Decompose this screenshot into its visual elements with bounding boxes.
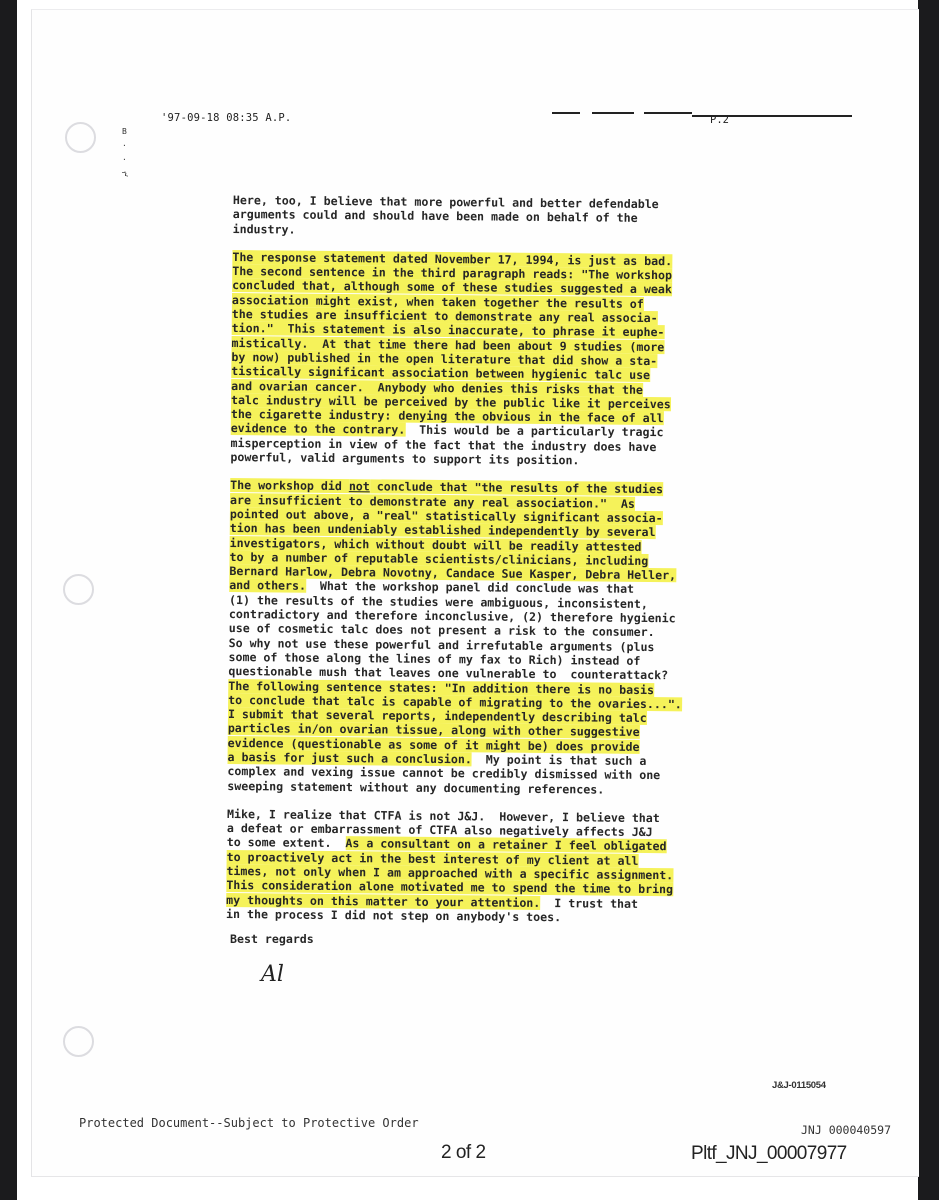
punch-hole-bottom [63, 1026, 94, 1057]
margin-marks: B··ኂ [122, 125, 128, 181]
highlighted-text: The workshop did [230, 478, 349, 493]
document-page: B··ኂ '97-09-18 08:35 A.P. P.2 Here, too,… [17, 0, 918, 1200]
text-segment: industry. [233, 222, 296, 237]
text-segment: sweeping statement without any documenti… [227, 779, 604, 797]
jnj-bates-number: JNJ 000040597 [801, 1123, 891, 1137]
punch-hole-top [65, 122, 96, 153]
protective-order-notice: Protected Document--Subject to Protectiv… [79, 1116, 419, 1130]
text-segment: in the process I did not step on anybody… [226, 907, 561, 924]
paragraph: Mike, I realize that CTFA is not J&J. Ho… [226, 807, 827, 927]
fax-page-number: P.2 [710, 114, 729, 126]
highlighted-text: evidence to the contrary. [231, 421, 406, 437]
highlighted-text: and others. [229, 578, 306, 593]
signature: Al [261, 962, 284, 987]
text-segment: to some extent. [227, 835, 346, 850]
closing-line: Best regards [230, 932, 314, 946]
page-count: 2 of 2 [441, 1142, 486, 1164]
paragraph: Here, too, I believe that more powerful … [233, 193, 833, 242]
margin-mark: · [122, 139, 128, 153]
header-rule-lines [552, 108, 852, 122]
highlighted-text: not [349, 479, 370, 493]
margin-mark: ኂ [122, 167, 128, 181]
letter-body: Here, too, I believe that more powerful … [226, 193, 833, 941]
margin-mark: B [122, 125, 128, 139]
text-segment: I trust that [540, 896, 638, 911]
paragraph: The workshop did not conclude that "the … [227, 478, 830, 798]
margin-mark: · [122, 153, 128, 167]
plaintiff-bates-number: Pltf_JNJ_00007977 [691, 1143, 847, 1165]
punch-hole-middle [63, 574, 94, 605]
bates-number-top: J&J-0115054 [772, 1080, 826, 1091]
fax-timestamp-header: '97-09-18 08:35 A.P. [161, 112, 291, 124]
text-segment: My point is that such a [472, 752, 647, 768]
text-segment: powerful, valid arguments to support its… [230, 450, 579, 467]
paragraph: The response statement dated November 17… [230, 250, 832, 470]
